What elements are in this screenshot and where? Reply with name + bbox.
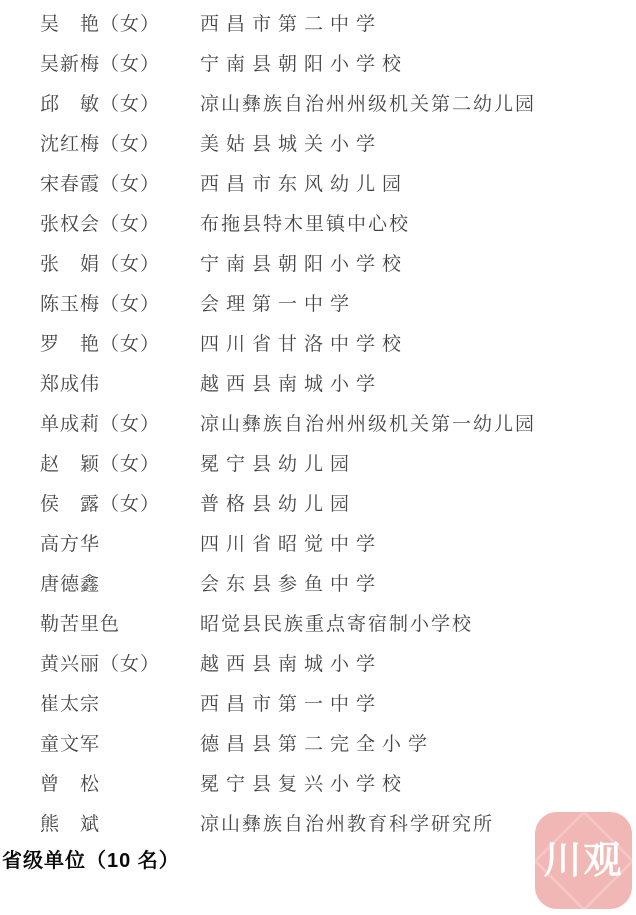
roster-row: 张 娟（女） 宁南县朝阳小学校 [0, 242, 636, 282]
person-name: 赵 颖（女） [0, 449, 200, 476]
person-name: 张权会（女） [0, 209, 200, 236]
school-name: 宁南县朝阳小学校 [200, 249, 636, 276]
person-name: 曾 松 [0, 769, 200, 796]
roster-list: 吴 艳（女） 西昌市第二中学 吴新梅（女） 宁南县朝阳小学校 邱 敏（女） 凉山… [0, 2, 636, 842]
section-heading: 省级单位（10 名） [2, 844, 180, 873]
school-name: 德昌县第二完全小学 [200, 729, 636, 756]
person-name: 罗 艳（女） [0, 329, 200, 356]
person-name: 吴 艳（女） [0, 9, 200, 36]
school-name: 四川省昭觉中学 [200, 529, 636, 556]
school-name: 冕宁县幼儿园 [200, 449, 636, 476]
person-name: 勒苦里色 [0, 609, 200, 636]
roster-row: 高方华 四川省昭觉中学 [0, 522, 636, 562]
roster-row: 侯 露（女） 普格县幼儿园 [0, 482, 636, 522]
school-name: 西昌市东风幼儿园 [200, 169, 636, 196]
school-name: 越西县南城小学 [200, 369, 636, 396]
person-name: 沈红梅（女） [0, 129, 200, 156]
roster-row: 唐德鑫 会东县参鱼中学 [0, 562, 636, 602]
roster-row: 童文军 德昌县第二完全小学 [0, 722, 636, 762]
person-name: 陈玉梅（女） [0, 289, 200, 316]
school-name: 布拖县特木里镇中心校 [200, 209, 636, 236]
school-name: 美姑县城关小学 [200, 129, 636, 156]
person-name: 郑成伟 [0, 369, 200, 396]
school-name: 宁南县朝阳小学校 [200, 49, 636, 76]
school-name: 会东县参鱼中学 [200, 569, 636, 596]
roster-row: 罗 艳（女） 四川省甘洛中学校 [0, 322, 636, 362]
roster-row: 崔太宗 西昌市第一中学 [0, 682, 636, 722]
roster-row: 郑成伟 越西县南城小学 [0, 362, 636, 402]
roster-row: 勒苦里色 昭觉县民族重点寄宿制小学校 [0, 602, 636, 642]
roster-row: 黄兴丽（女） 越西县南城小学 [0, 642, 636, 682]
person-name: 唐德鑫 [0, 569, 200, 596]
school-name: 凉山彝族自治州州级机关第二幼儿园 [200, 89, 636, 116]
person-name: 侯 露（女） [0, 489, 200, 516]
document-page: 吴 艳（女） 西昌市第二中学 吴新梅（女） 宁南县朝阳小学校 邱 敏（女） 凉山… [0, 0, 636, 915]
roster-row: 沈红梅（女） 美姑县城关小学 [0, 122, 636, 162]
person-name: 张 娟（女） [0, 249, 200, 276]
roster-row: 陈玉梅（女） 会理第一中学 [0, 282, 636, 322]
roster-row: 曾 松 冕宁县复兴小学校 [0, 762, 636, 802]
school-name: 普格县幼儿园 [200, 489, 636, 516]
roster-row: 赵 颖（女） 冕宁县幼儿园 [0, 442, 636, 482]
school-name: 西昌市第一中学 [200, 689, 636, 716]
roster-row: 吴 艳（女） 西昌市第二中学 [0, 2, 636, 42]
person-name: 童文军 [0, 729, 200, 756]
person-name: 高方华 [0, 529, 200, 556]
watermark-text: 川观 [543, 842, 623, 880]
person-name: 宋春霞（女） [0, 169, 200, 196]
roster-row: 邱 敏（女） 凉山彝族自治州州级机关第二幼儿园 [0, 82, 636, 122]
school-name: 四川省甘洛中学校 [200, 329, 636, 356]
roster-row: 吴新梅（女） 宁南县朝阳小学校 [0, 42, 636, 82]
person-name: 单成莉（女） [0, 409, 200, 436]
school-name: 越西县南城小学 [200, 649, 636, 676]
person-name: 黄兴丽（女） [0, 649, 200, 676]
roster-row: 张权会（女） 布拖县特木里镇中心校 [0, 202, 636, 242]
chuanguan-watermark-logo: 川观 [535, 812, 632, 909]
person-name: 吴新梅（女） [0, 49, 200, 76]
person-name: 邱 敏（女） [0, 89, 200, 116]
person-name: 崔太宗 [0, 689, 200, 716]
school-name: 昭觉县民族重点寄宿制小学校 [200, 609, 636, 636]
roster-row: 宋春霞（女） 西昌市东风幼儿园 [0, 162, 636, 202]
roster-row: 单成莉（女） 凉山彝族自治州州级机关第一幼儿园 [0, 402, 636, 442]
school-name: 西昌市第二中学 [200, 9, 636, 36]
person-name: 熊 斌 [0, 809, 200, 836]
school-name: 冕宁县复兴小学校 [200, 769, 636, 796]
school-name: 会理第一中学 [200, 289, 636, 316]
school-name: 凉山彝族自治州州级机关第一幼儿园 [200, 409, 636, 436]
